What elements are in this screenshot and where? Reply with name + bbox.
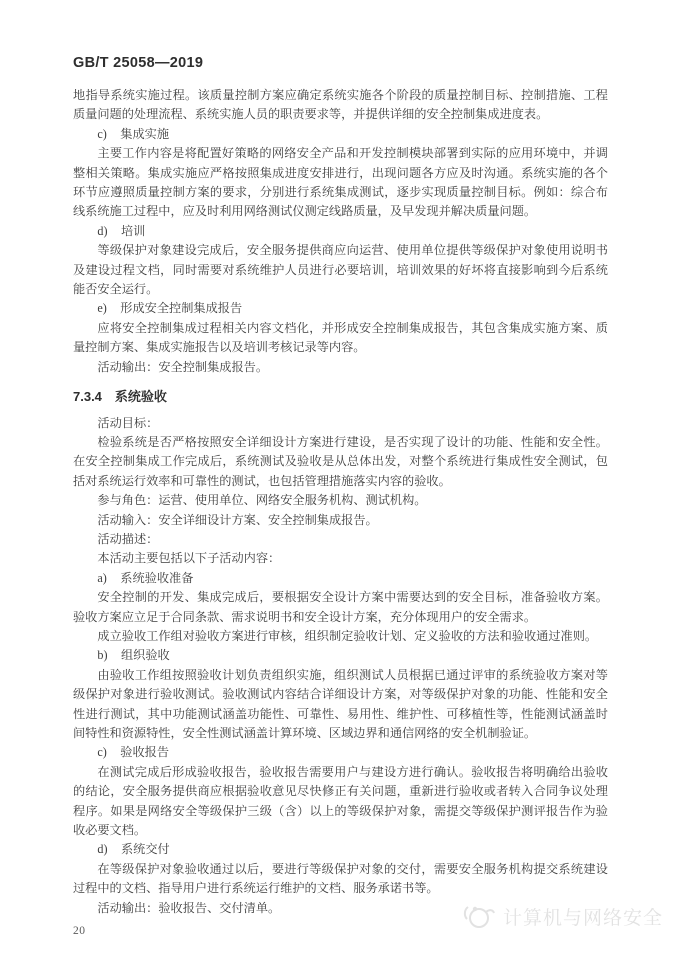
section-heading: 7.3.4系统验收 [73, 387, 608, 406]
paragraph: 参与角色：运营、使用单位、网络安全服务机构、测试机构。 [73, 491, 608, 510]
paragraph: 等级保护对象建设完成后，安全服务提供商应向运营、使用单位提供等级保护对象使用说明… [73, 241, 608, 299]
document-body: 地指导系统实施过程。该质量控制方案应确定系统实施各个阶段的质量控制目标、控制措施… [73, 86, 608, 918]
list-item: d)培训 [73, 222, 608, 241]
paragraph: 本活动主要包括以下子活动内容： [73, 549, 608, 568]
watermark: 计算机与网络安全 [462, 903, 663, 930]
list-item: d)系统交付 [73, 840, 608, 859]
list-item-title: 系统交付 [121, 842, 170, 856]
paragraph: 应将安全控制集成过程相关内容文档化，并形成安全控制集成报告，其包含集成实施方案、… [73, 319, 608, 358]
paragraph: 安全控制的开发、集成完成后，要根据安全设计方案中需要达到的安全目标，准备验收方案… [73, 588, 608, 627]
list-item: c)集成实施 [73, 125, 608, 144]
paragraph: 检验系统是否严格按照安全详细设计方案进行建设，是否实现了设计的功能、性能和安全性… [73, 433, 608, 491]
list-item-title: 集成实施 [120, 127, 169, 141]
watermark-text: 计算机与网络安全 [503, 903, 663, 930]
list-item-letter: c) [97, 127, 106, 141]
list-item-letter: a) [97, 571, 106, 585]
section-title: 系统验收 [115, 389, 167, 404]
paragraph: 地指导系统实施过程。该质量控制方案应确定系统实施各个阶段的质量控制目标、控制措施… [73, 86, 608, 125]
list-item: c)验收报告 [73, 743, 608, 762]
paragraph: 由验收工作组按照验收计划负责组织实施，组织测试人员根据已通过评审的系统验收方案对… [73, 666, 608, 744]
section-number: 7.3.4 [73, 389, 102, 404]
list-item-title: 验收报告 [120, 745, 169, 759]
paragraph: 主要工作内容是将配置好策略的网络安全产品和开发控制模块部署到实际的应用环境中，并… [73, 144, 608, 222]
list-item-letter: d) [97, 224, 107, 238]
list-item-title: 形成安全控制集成报告 [120, 301, 242, 315]
list-item: a)系统验收准备 [73, 569, 608, 588]
paragraph: 活动描述： [73, 530, 608, 549]
paragraph: 活动输出：安全控制集成报告。 [73, 358, 608, 377]
list-item-title: 系统验收准备 [120, 571, 193, 585]
list-item: b)组织验收 [73, 646, 608, 665]
list-item-title: 组织验收 [121, 648, 170, 662]
paragraph: 成立验收工作组对验收方案进行审核，组织制定验收计划、定义验收的方法和验收通过准则… [73, 627, 608, 646]
paragraph: 在等级保护对象验收通过以后，要进行等级保护对象的交付，需要安全服务机构提交系统建… [73, 860, 608, 899]
document-page: GB/T 25058—2019 地指导系统实施过程。该质量控制方案应确定系统实施… [0, 0, 677, 957]
list-item-letter: d) [97, 842, 107, 856]
list-item: e)形成安全控制集成报告 [73, 299, 608, 318]
list-item-letter: e) [97, 301, 106, 315]
paragraph: 活动目标： [73, 414, 608, 433]
paragraph: 在测试完成后形成验收报告，验收报告需要用户与建设方进行确认。验收报告将明确给出验… [73, 763, 608, 841]
publisher-logo-icon [462, 903, 496, 930]
standard-code-header: GB/T 25058—2019 [73, 55, 608, 71]
list-item-title: 培训 [121, 224, 145, 238]
list-item-letter: c) [97, 745, 106, 759]
list-item-letter: b) [97, 648, 107, 662]
paragraph: 活动输入：安全详细设计方案、安全控制集成报告。 [73, 511, 608, 530]
